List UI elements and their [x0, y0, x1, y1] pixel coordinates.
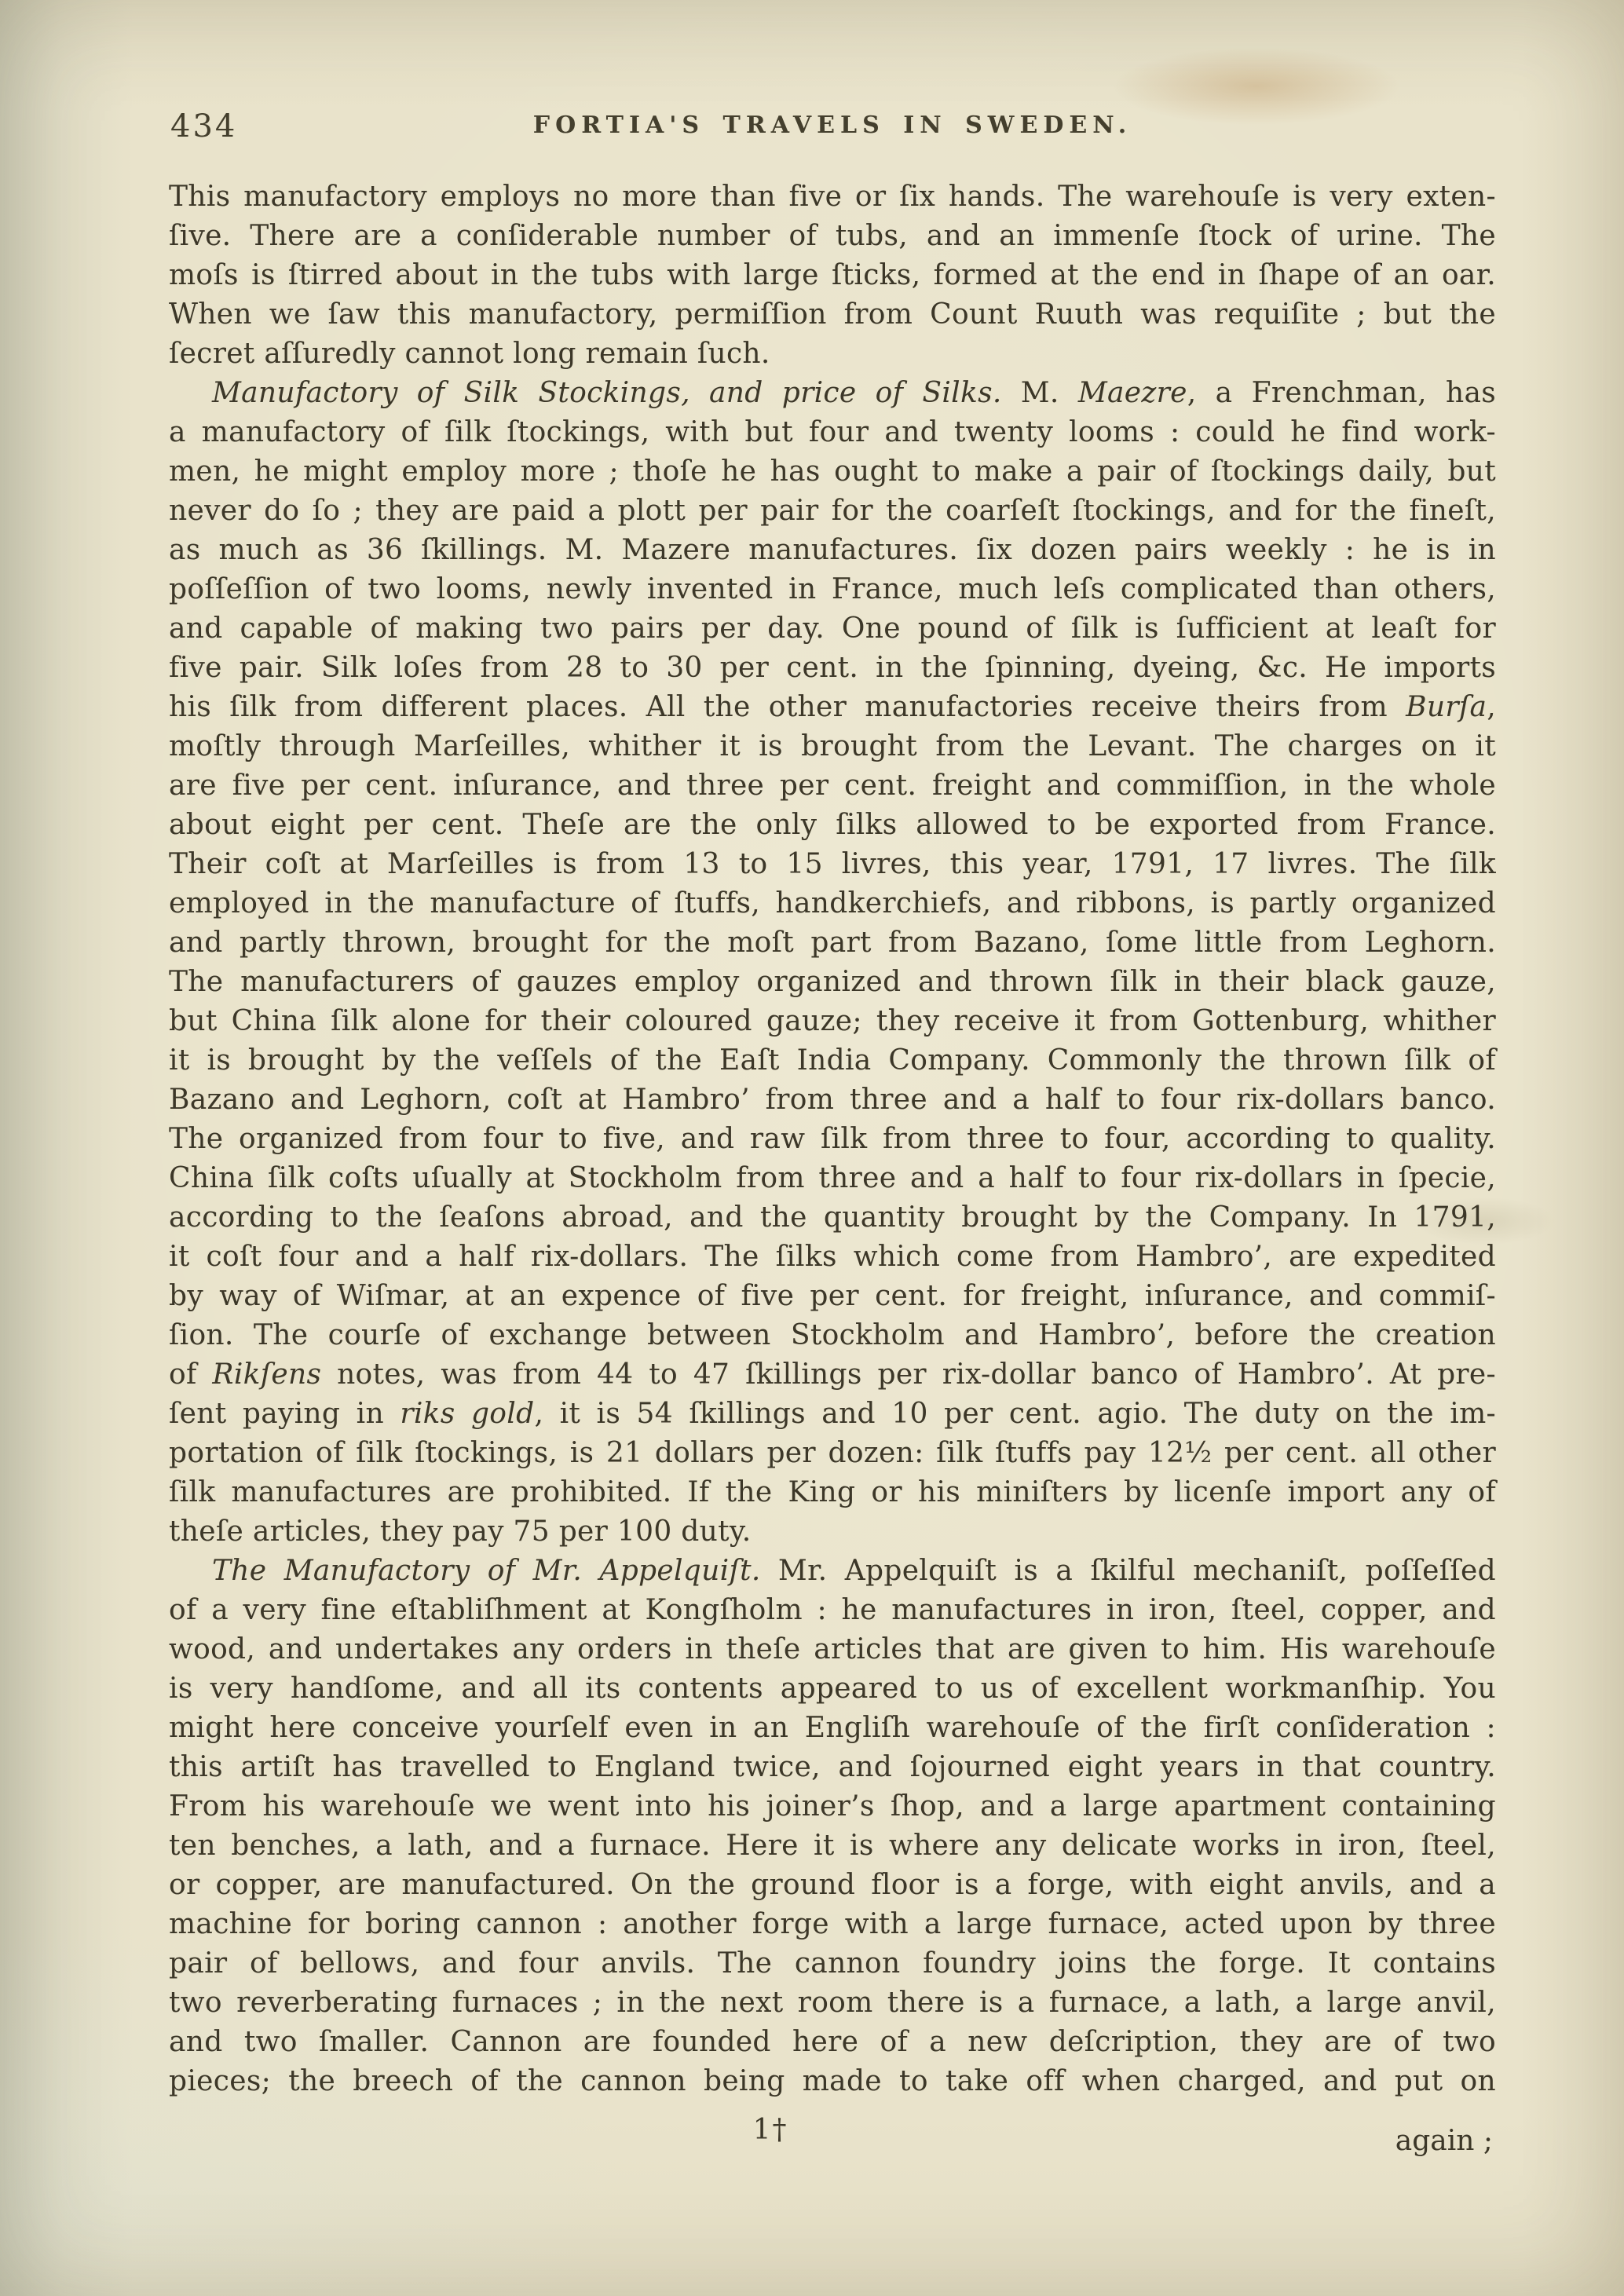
text-run: wood, and undertakes any orders in theſe…	[169, 1633, 1496, 1665]
text-run: it coſt four and a half rix-dollars. The…	[169, 1241, 1496, 1273]
text-line: it coſt four and a half rix-dollars. The…	[169, 1238, 1496, 1277]
text-run: five pair. Silk loſes from 28 to 30 per …	[169, 652, 1496, 684]
text-run: this artiſt has travelled to England twi…	[169, 1751, 1496, 1783]
signature-mark: 1†	[753, 2114, 788, 2146]
text-run: machine for boring cannon : another forg…	[169, 1908, 1496, 1940]
text-run: China ſilk coſts uſually at Stockholm fr…	[169, 1162, 1496, 1194]
text-run: it is brought by the veſſels of the Eaſt…	[169, 1044, 1496, 1077]
running-header: FORTIA'S TRAVELS IN SWEDEN.	[169, 112, 1496, 139]
text-line: pair of bellows, and four anvils. The ca…	[169, 1944, 1496, 1983]
text-line: might here conceive yourſelf even in an …	[169, 1709, 1496, 1748]
page-header: 434 FORTIA'S TRAVELS IN SWEDEN.	[169, 104, 1496, 151]
text-line: poſſeſſion of two looms, newly invented …	[169, 570, 1496, 609]
text-run: are five per cent. inſurance, and three …	[169, 770, 1496, 802]
text-run: might here conceive yourſelf even in an …	[169, 1712, 1496, 1744]
text-line: ſilk manufactures are prohibited. If the…	[169, 1473, 1496, 1512]
text-line: his ſilk from different places. All the …	[169, 688, 1496, 727]
paragraph: The Manufactory of Mr. Appelquiſt. Mr. A…	[169, 1552, 1496, 2101]
text-line: ſecret aſſuredly cannot long remain ſuch…	[169, 335, 1496, 374]
text-run: two reverberating furnaces ; in the next…	[169, 1987, 1496, 2019]
text-run: theſe articles, they pay 75 per 100 duty…	[169, 1515, 751, 1548]
text-line: this artiſt has travelled to England twi…	[169, 1748, 1496, 1787]
text-run: but China ſilk alone for their coloured …	[169, 1005, 1496, 1037]
text-run: ſecret aſſuredly cannot long remain ſuch…	[169, 338, 770, 370]
text-run: or copper, are manufactured. On the grou…	[169, 1869, 1496, 1901]
text-run: M.	[1002, 377, 1078, 409]
text-run: ſent paying in	[169, 1398, 400, 1430]
text-run: about eight per cent. Theſe are the only…	[169, 809, 1496, 841]
text-line: two reverberating furnaces ; in the next…	[169, 1983, 1496, 2023]
text-line: wood, and undertakes any orders in theſe…	[169, 1630, 1496, 1669]
text-run: Mr. Appelquiſt is a ſkilful mechaniſt, p…	[761, 1555, 1496, 1587]
text-line: moſs is ſtirred about in the tubs with l…	[169, 256, 1496, 295]
text-run: ſion. The courſe of exchange between Sto…	[169, 1319, 1496, 1351]
text-run: Bazano and Leghorn, coſt at Hambro’ from…	[169, 1084, 1496, 1116]
text-line: men, he might employ more ; thoſe he has…	[169, 452, 1496, 492]
text-run: moſs is ſtirred about in the tubs with l…	[169, 259, 1496, 291]
text-run: and two ſmaller. Cannon are founded here…	[169, 2026, 1496, 2058]
text-line: The manufacturers of gauzes employ organ…	[169, 963, 1496, 1002]
text-run: according to the ſeaſons abroad, and the…	[169, 1201, 1496, 1234]
text-line: by way of Wiſmar, at an expence of five …	[169, 1277, 1496, 1316]
text-line: is very handſome, and all its contents a…	[169, 1669, 1496, 1709]
text-line: employed in the manufacture of ſtuffs, h…	[169, 884, 1496, 923]
text-line: Their coſt at Marſeilles is from 13 to 1…	[169, 845, 1496, 884]
text-run: of	[169, 1358, 212, 1391]
text-run: of a very fine eſtabliſhment at Kongſhol…	[169, 1594, 1496, 1626]
text-line: as much as 36 ſkillings. M. Mazere manuf…	[169, 531, 1496, 570]
book-page: 434 FORTIA'S TRAVELS IN SWEDEN. This man…	[0, 0, 1624, 2296]
text-run: never do ſo ; they are paid a plott per …	[169, 495, 1496, 527]
text-run: as much as 36 ſkillings. M. Mazere manuf…	[169, 534, 1496, 566]
text-run: The organized from four to five, and raw…	[169, 1123, 1496, 1155]
text-line: are five per cent. inſurance, and three …	[169, 766, 1496, 806]
paragraph: Manufactory of Silk Stockings, and price…	[169, 374, 1496, 1552]
text-line: ſent paying in riks gold, it is 54 ſkill…	[169, 1395, 1496, 1434]
text-run: ten benches, a lath, and a furnace. Here…	[169, 1830, 1496, 1862]
text-run: ,	[1487, 691, 1496, 723]
text-line: it is brought by the veſſels of the Eaſt…	[169, 1041, 1496, 1080]
text-run: and partly thrown, brought for the moſt …	[169, 927, 1496, 959]
text-run: moſtly through Marſeilles, whither it is…	[169, 730, 1496, 762]
italic-text-run: Maezre	[1078, 377, 1187, 409]
text-line: Manufactory of Silk Stockings, and price…	[169, 374, 1496, 413]
text-line: of a very fine eſtabliſhment at Kongſhol…	[169, 1591, 1496, 1630]
italic-text-run: The Manufactory of Mr. Appelquiſt.	[212, 1555, 761, 1587]
text-line: ſive. There are a conſiderable number of…	[169, 217, 1496, 256]
catchword: again ;	[1395, 2125, 1493, 2157]
text-run: pair of bellows, and four anvils. The ca…	[169, 1947, 1496, 1980]
text-run: From his warehouſe we went into his join…	[169, 1790, 1496, 1823]
text-line: This manufactory employs no more than fi…	[169, 177, 1496, 217]
text-line: five pair. Silk loſes from 28 to 30 per …	[169, 649, 1496, 688]
text-line: China ſilk coſts uſually at Stockholm fr…	[169, 1159, 1496, 1198]
text-line: The organized from four to five, and raw…	[169, 1120, 1496, 1159]
text-run: and capable of making two pairs per day.…	[169, 612, 1496, 645]
text-line: ten benches, a lath, and a furnace. Here…	[169, 1826, 1496, 1866]
page-body: This manufactory employs no more than fi…	[169, 177, 1496, 2101]
text-run: , a Frenchman, has	[1187, 377, 1496, 409]
text-run: pieces; the breech of the cannon being m…	[169, 2065, 1496, 2097]
paragraph: This manufactory employs no more than fi…	[169, 177, 1496, 374]
text-run: by way of Wiſmar, at an expence of five …	[169, 1280, 1496, 1312]
text-run: , it is 54 ſkillings and 10 per cent. ag…	[534, 1398, 1496, 1430]
text-line: a manufactory of ſilk ſtockings, with bu…	[169, 413, 1496, 452]
text-run: ſilk manufactures are prohibited. If the…	[169, 1476, 1496, 1508]
text-line: theſe articles, they pay 75 per 100 duty…	[169, 1512, 1496, 1552]
text-line: When we ſaw this manufactory, permiſſion…	[169, 295, 1496, 335]
text-run: This manufactory employs no more than fi…	[169, 181, 1496, 213]
text-run: a manufactory of ſilk ſtockings, with bu…	[169, 416, 1496, 448]
page-footer: 1† again ;	[169, 2114, 1496, 2161]
italic-text-run: riks gold	[400, 1398, 534, 1430]
text-line: and two ſmaller. Cannon are founded here…	[169, 2023, 1496, 2062]
text-line: portation of ſilk ſtockings, is 21 dolla…	[169, 1434, 1496, 1473]
text-run: employed in the manufacture of ſtuffs, h…	[169, 887, 1496, 919]
text-run: ſive. There are a conſiderable number of…	[169, 220, 1496, 252]
text-line: and capable of making two pairs per day.…	[169, 609, 1496, 649]
text-run: his ſilk from different places. All the …	[169, 691, 1406, 723]
text-run: When we ſaw this manufactory, permiſſion…	[169, 298, 1496, 331]
text-run: Their coſt at Marſeilles is from 13 to 1…	[169, 848, 1496, 880]
text-line: but China ſilk alone for their coloured …	[169, 1002, 1496, 1041]
text-line: or copper, are manufactured. On the grou…	[169, 1866, 1496, 1905]
text-line: Bazano and Leghorn, coſt at Hambro’ from…	[169, 1080, 1496, 1120]
text-run: portation of ſilk ſtockings, is 21 dolla…	[169, 1437, 1496, 1469]
text-line: From his warehouſe we went into his join…	[169, 1787, 1496, 1826]
text-run: The manufacturers of gauzes employ organ…	[169, 966, 1496, 998]
text-run: is very handſome, and all its contents a…	[169, 1673, 1496, 1705]
text-line: pieces; the breech of the cannon being m…	[169, 2062, 1496, 2101]
text-run: men, he might employ more ; thoſe he has…	[169, 455, 1496, 488]
italic-text-run: Rikſens	[212, 1358, 321, 1391]
text-line: and partly thrown, brought for the moſt …	[169, 923, 1496, 963]
text-line: machine for boring cannon : another forg…	[169, 1905, 1496, 1944]
text-line: The Manufactory of Mr. Appelquiſt. Mr. A…	[169, 1552, 1496, 1591]
italic-text-run: Manufactory of Silk Stockings, and price…	[212, 377, 1002, 409]
text-run: poſſeſſion of two looms, newly invented …	[169, 573, 1496, 605]
text-line: never do ſo ; they are paid a plott per …	[169, 492, 1496, 531]
italic-text-run: Burſa	[1406, 691, 1487, 723]
text-run: notes, was from 44 to 47 ſkillings per r…	[321, 1358, 1496, 1391]
text-line: moſtly through Marſeilles, whither it is…	[169, 727, 1496, 766]
text-line: about eight per cent. Theſe are the only…	[169, 806, 1496, 845]
text-line: of Rikſens notes, was from 44 to 47 ſkil…	[169, 1355, 1496, 1395]
text-line: according to the ſeaſons abroad, and the…	[169, 1198, 1496, 1238]
text-line: ſion. The courſe of exchange between Sto…	[169, 1316, 1496, 1355]
